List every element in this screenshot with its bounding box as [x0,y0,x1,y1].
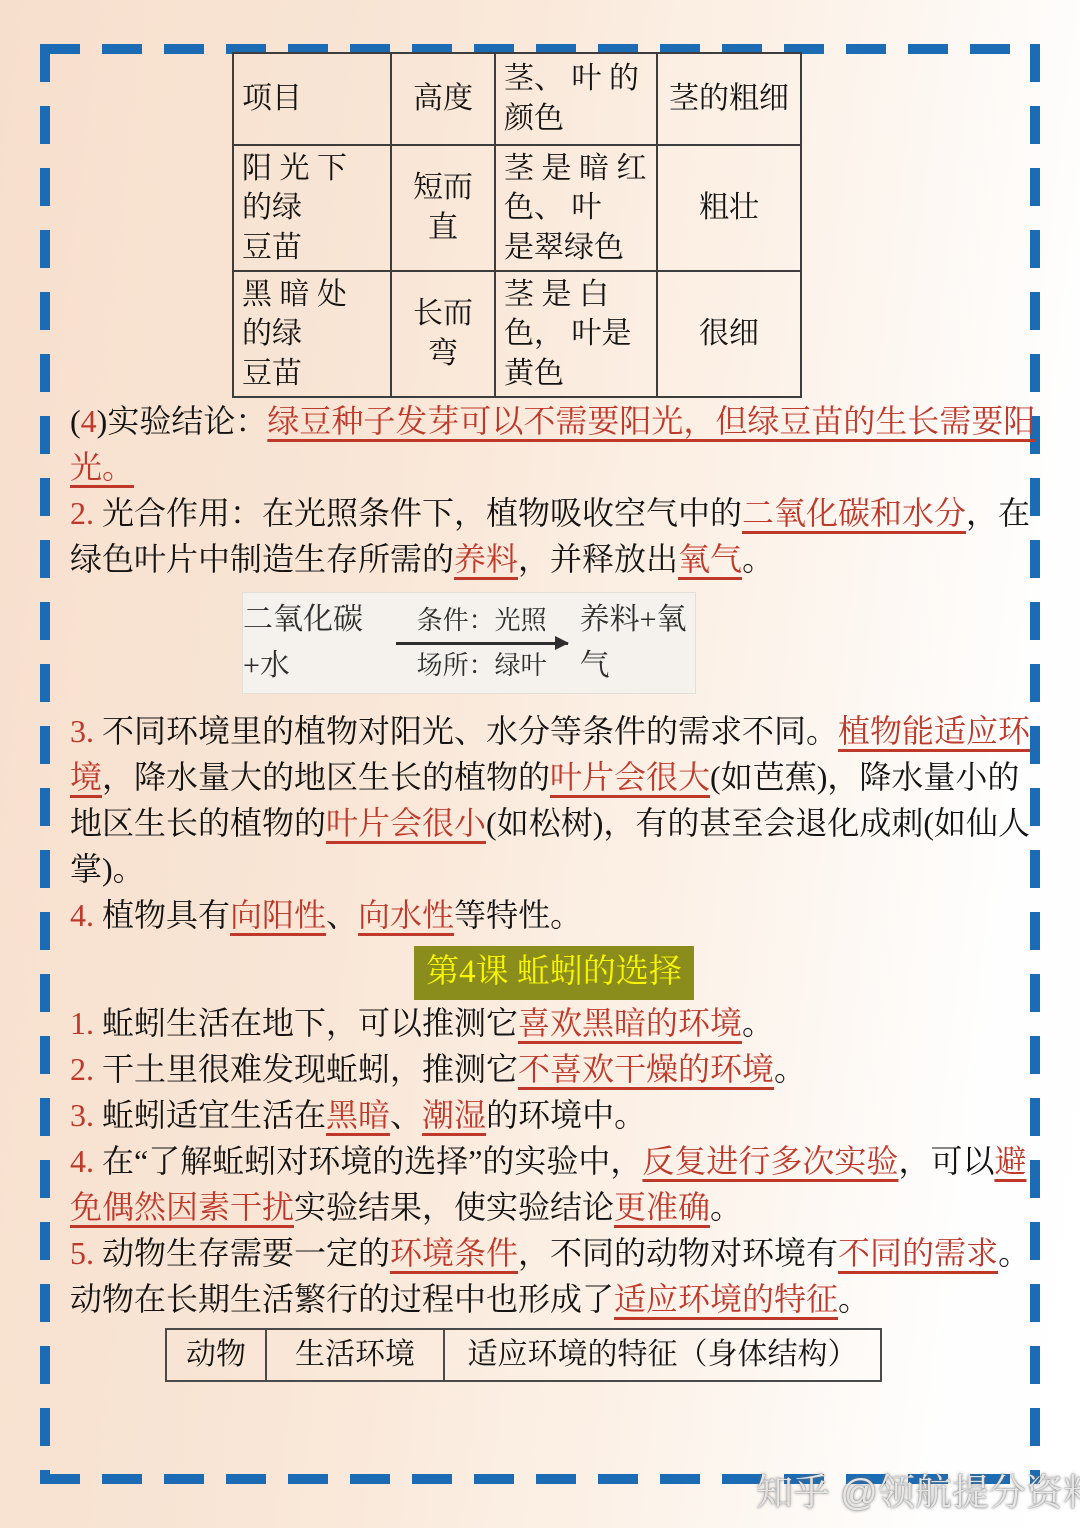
text-segment: 等特性。 [454,897,582,933]
text-segment: 1. [70,1005,94,1041]
cell-dark-thickness: 很细 [657,271,801,397]
text-segment: 植物具有 [94,897,230,933]
border-left-edge [40,44,50,1484]
header-habitat: 生活环境 [266,1329,444,1381]
text-segment: 蚯蚓生活在地下，可以推测它 [94,1005,518,1041]
text-segment: 更准确 [614,1189,710,1225]
text-segment: 不喜欢干燥的环境 [518,1051,774,1087]
bean-sprout-observation-table: 项目 高度 茎、 叶 的 颜色 茎的粗细 阳 光 下 的绿 豆苗 短而直 茎 是… [232,52,802,398]
product-label: 养料+氧气 [580,597,695,689]
lesson-4-title: 第4课 蚯蚓的选择 [414,946,694,1000]
table-row: 阳 光 下 的绿 豆苗 短而直 茎 是 暗 红 色、 叶 是翠绿色 粗壮 [233,145,801,271]
watermark: 知乎 @领航提分资料 [756,1462,1080,1516]
text-segment: 氧气 [678,541,742,577]
photosynthesis-diagram: 二氧化碳+水 条件：光照 场所：绿叶 养料+氧气 [242,592,696,694]
text-segment: 。 [710,1189,742,1225]
text-segment: 4 [81,403,97,439]
earthworm-point-1: 1. 蚯蚓生活在地下，可以推测它喜欢黑暗的环境。 [70,1000,1038,1046]
experiment-conclusion-paragraph: (4)实验结论：绿豆种子发芽可以不需要阳光，但绿豆苗的生长需要阳光。 [70,398,1038,490]
text-segment: ，并释放出 [518,541,678,577]
plant-environment-paragraph: 3. 不同环境里的植物对阳光、水分等条件的需求不同。植物能适应环境，降水量大的地… [70,708,1038,892]
cell-dark-height: 长而弯 [391,271,495,397]
text-segment: 养料 [454,541,518,577]
earthworm-point-2: 2. 干土里很难发现蚯蚓，推测它不喜欢干燥的环境。 [70,1046,1038,1092]
header-item: 项目 [233,53,391,145]
text-segment: ，降水量大的地区生长的植物的 [102,759,550,795]
text-segment: 4. [70,897,94,933]
text-segment: 2. [70,495,94,531]
cell-sunlight-color: 茎 是 暗 红 色、 叶 是翠绿色 [495,145,657,271]
cell-sunlight-height: 短而直 [391,145,495,271]
table-header-row: 动物 生活环境 适应环境的特征（身体结构） [166,1329,881,1381]
text-segment: 。 [838,1281,870,1317]
condition-label: 条件：光照 [417,606,547,636]
text-segment: 。 [742,1005,774,1041]
text-segment: 潮湿 [422,1097,486,1133]
text-segment: 的环境中。 [486,1097,646,1133]
text-segment: 在“了解蚯蚓对环境的选择”的实验中， [94,1143,642,1179]
text-segment: 向水性 [358,897,454,933]
earthworm-point-4: 4. 在“了解蚯蚓对环境的选择”的实验中，反复进行多次实验，可以避免偶然因素干扰… [70,1138,1038,1230]
header-thickness: 茎的粗细 [657,53,801,145]
notes-content: (4)实验结论：绿豆种子发芽可以不需要阳光，但绿豆苗的生长需要阳光。 2. 光合… [70,398,1038,1382]
text-segment: 叶片会很小 [326,805,486,841]
animal-environment-table: 动物 生活环境 适应环境的特征（身体结构） [165,1328,882,1382]
location-label: 场所：绿叶 [417,651,547,681]
cell-sunlight-thickness: 粗壮 [657,145,801,271]
text-segment: 干土里很难发现蚯蚓，推测它 [94,1051,518,1087]
text-segment: 不同环境里的植物对阳光、水分等条件的需求不同。 [94,713,838,749]
earthworm-point-3: 3. 蚯蚓适宜生活在黑暗、潮湿的环境中。 [70,1092,1038,1138]
text-segment: 、 [390,1097,422,1133]
text-segment: 。 [742,541,774,577]
text-segment: 光合作用：在光照条件下，植物吸收空气中的 [94,495,742,531]
text-segment: 反复进行多次实验 [642,1143,898,1179]
text-segment: 黑暗 [326,1097,390,1133]
text-segment: 3. [70,1097,94,1133]
text-segment: ，不同的动物对环境有 [518,1235,838,1271]
text-segment: ，可以 [898,1143,994,1179]
text-segment: 向阳性 [230,897,326,933]
text-segment: 叶片会很大 [550,759,710,795]
cell-dark-color: 茎 是 白 色， 叶是 黄色 [495,271,657,397]
header-adaptation: 适应环境的特征（身体结构） [444,1329,881,1381]
text-segment: 3. [70,713,94,749]
text-segment: 实验结果，使实验结论 [294,1189,614,1225]
text-segment: 。 [774,1051,806,1087]
photosynthesis-paragraph: 2. 光合作用：在光照条件下，植物吸收空气中的二氧化碳和水分，在绿色叶片中制造生… [70,490,1038,582]
table-header-row: 项目 高度 茎、 叶 的 颜色 茎的粗细 [233,53,801,145]
text-segment: 4. [70,1143,94,1179]
plant-traits-paragraph: 4. 植物具有向阳性、向水性等特性。 [70,892,1038,938]
table-row: 黑 暗 处 的绿 豆苗 长而弯 茎 是 白 色， 叶是 黄色 很细 [233,271,801,397]
text-segment: 、 [326,897,358,933]
earthworm-point-5: 5. 动物生存需要一定的环境条件，不同的动物对环境有不同的需求。动物在长期生活繁… [70,1230,1038,1322]
header-animal: 动物 [166,1329,266,1381]
text-segment: 环境条件 [390,1235,518,1271]
text-segment: 喜欢黑暗的环境 [518,1005,742,1041]
text-segment: )实验结论： [97,403,268,439]
text-segment: 二氧化碳和水分 [742,495,966,531]
text-segment: 不同的需求 [838,1235,998,1271]
text-segment: 2. [70,1051,94,1087]
reactant-label: 二氧化碳+水 [243,597,384,689]
text-segment: ( [70,403,81,439]
header-height: 高度 [391,53,495,145]
text-segment: 5. [70,1235,94,1271]
text-segment: 动物生存需要一定的 [94,1235,390,1271]
reaction-arrow-icon [396,642,568,645]
reaction-conditions: 条件：光照 场所：绿叶 [396,606,568,681]
text-segment: 蚯蚓适宜生活在 [94,1097,326,1133]
header-color: 茎、 叶 的 颜色 [495,53,657,145]
text-segment: 适应环境的特征 [614,1281,838,1317]
cell-sunlight-item: 阳 光 下 的绿 豆苗 [233,145,391,271]
cell-dark-item: 黑 暗 处 的绿 豆苗 [233,271,391,397]
